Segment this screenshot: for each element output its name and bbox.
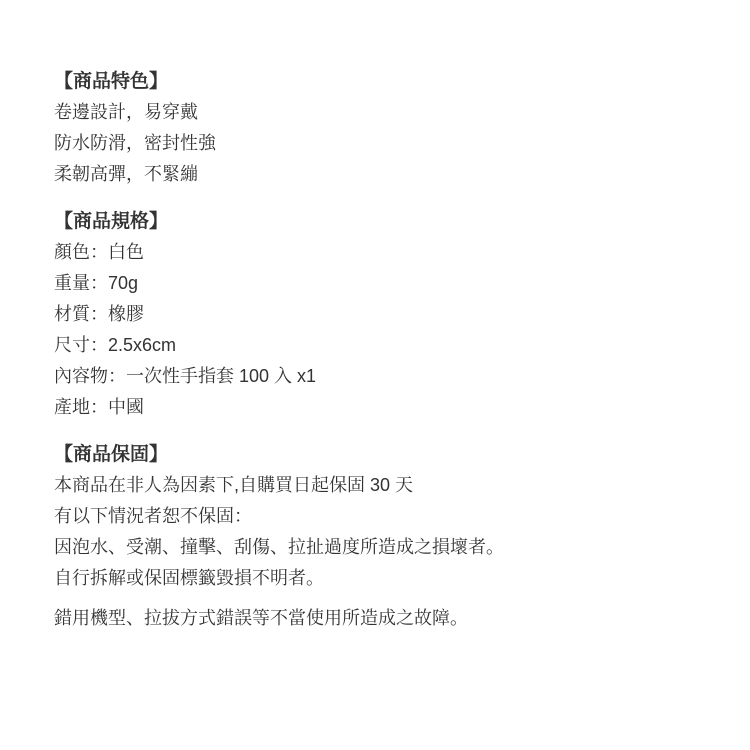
warranty-line: 因泡水、受潮、撞擊、刮傷、拉扯過度所造成之損壞者。 [54, 532, 720, 563]
spec-line-material: 材質：橡膠 [54, 299, 720, 330]
spec-line-color: 顏色：白色 [54, 237, 720, 268]
spec-line-origin: 產地：中國 [54, 392, 720, 423]
section-product-warranty: 【商品保固】 本商品在非人為因素下,自購買日起保固 30 天 有以下情況者恕不保… [54, 439, 720, 634]
section-product-features: 【商品特色】 卷邊設計，易穿戴 防水防滑，密封性強 柔韌高彈，不緊繃 [54, 66, 720, 190]
spec-line-contents: 內容物：一次性手指套 100 入 x1 [54, 361, 720, 392]
product-description: 【商品特色】 卷邊設計，易穿戴 防水防滑，密封性強 柔韌高彈，不緊繃 【商品規格… [54, 66, 720, 650]
section-title-features: 【商品特色】 [54, 66, 720, 97]
section-title-specs: 【商品規格】 [54, 206, 720, 237]
spec-line-weight: 重量：70g [54, 268, 720, 299]
section-product-specs: 【商品規格】 顏色：白色 重量：70g 材質：橡膠 尺寸：2.5x6cm 內容物… [54, 206, 720, 423]
section-title-warranty: 【商品保固】 [54, 439, 720, 470]
warranty-line: 錯用機型、拉拔方式錯誤等不當使用所造成之故障。 [54, 603, 720, 634]
warranty-line: 本商品在非人為因素下,自購買日起保固 30 天 [54, 470, 720, 501]
warranty-line: 自行拆解或保固標籤毀損不明者。 [54, 563, 720, 594]
feature-line: 柔韌高彈，不緊繃 [54, 159, 720, 190]
spec-line-size: 尺寸：2.5x6cm [54, 330, 720, 361]
warranty-line: 有以下情況者恕不保固： [54, 501, 720, 532]
feature-line: 防水防滑，密封性強 [54, 128, 720, 159]
feature-line: 卷邊設計，易穿戴 [54, 97, 720, 128]
